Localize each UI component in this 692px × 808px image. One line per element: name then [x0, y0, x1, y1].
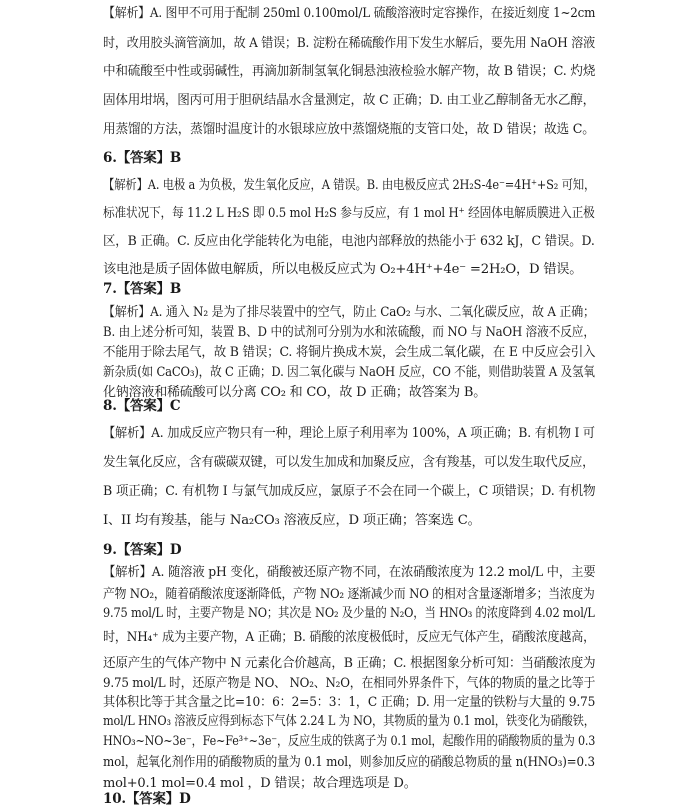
- answer-heading: 8.【答案】C: [103, 397, 595, 415]
- analysis-line: 产物 NO₂，随着硝酸浓度逐渐降低，产物 NO₂ 逐渐减少而 NO 的相对含量逐…: [103, 586, 549, 604]
- analysis-line: 不能用于除去尾气，故 B 错误；C. 将铜片换成木炭，会生成二氧化碳，在 E 中…: [103, 344, 576, 362]
- analysis-line: 时，NH₄⁺ 成为主要产物，A 正确；B. 硝酸的浓度极低时，反应无气体产生，硝…: [103, 629, 561, 647]
- analysis-line: B 项正确；C. 有机物 I 与氯气加成反应，氯原子不会在同一个碳上，C 项错误…: [103, 483, 571, 501]
- analysis-line: mol，起氧化剂作用的硝酸物质的量为 0.1 mol，则参加反应的硝酸总物质的量…: [103, 754, 554, 772]
- analysis-line: 标准状况下，每 11.2 L H₂S 即 0.5 mol H₂S 参与反应，有 …: [103, 205, 539, 223]
- analysis-line: 固体用坩埚，图丙可用于胆矾结晶水含量测定，故 C 正确；D. 由工业乙醇制备无水…: [103, 92, 572, 110]
- analysis-line: 9.75 mol/L 时，主要产物是 NO；其次是 NO₂ 及少量的 N₂O，当…: [103, 605, 533, 623]
- analysis-line: I、II 均有羧基，能与 Na₂CO₃ 溶液反应，D 项正确；答案选 C。: [103, 512, 595, 530]
- analysis-line: 【解析】A. 随溶液 pH 变化，硝酸被还原产物不同，在浓硝酸浓度为 12.2 …: [103, 564, 571, 582]
- analysis-line: 还原产生的气体产物中 N 元素化合价越高，B 正确；C. 根据图象分析可知：当硝…: [103, 655, 578, 673]
- analysis-line: 用蒸馏的方法，蒸馏时温度计的水银球应放中蒸馏烧瓶的支管口处，故 D 错误；故选 …: [103, 121, 575, 139]
- analysis-line: 区，B 正确。C. 反应由化学能转化为电能，电池内部释放的热能小于 632 kJ…: [103, 233, 568, 251]
- answer-heading: 9.【答案】D: [103, 541, 595, 559]
- analysis-line: 中和硫酸至中性或弱碱性，再滴加新制氢氧化铜悬浊液检验水解产物，故 B 错误；C.…: [103, 63, 573, 81]
- analysis-line: B. 由上述分析可知，装置 B、D 中的试剂可分别为水和浓硫酸，而 NO 与 N…: [103, 324, 547, 342]
- answer-heading: 10.【答案】D: [103, 790, 595, 808]
- analysis-line: 新杂质(如 CaCO₃)，故 C 正确；D. 因二氧化碳与 NaOH 反应，CO…: [103, 364, 541, 382]
- analysis-line: 【解析】A. 通入 N₂ 是为了排尽装置中的空气，防止 CaO₂ 与水、二氧化碳…: [103, 304, 556, 322]
- analysis-line: 时，改用胶头滴管滴加，故 A 错误；B. 淀粉在稀硫酸作用下发生水解后，要先用 …: [103, 35, 553, 53]
- analysis-line: 9.75 mol/L 时，还原产物是 NO、 NO₂、N₂O，在相同外界条件下，…: [103, 675, 552, 693]
- analysis-line: 发生氧化反应，含有碳碳双键，可以发生加成和加聚反应，含有羧基，可以发生取代反应，: [103, 454, 568, 472]
- analysis-line: 【解析】A. 电极 a 为负极，发生氧化反应，A 错误。B. 由电极反应式 2H…: [103, 177, 527, 195]
- answer-heading: 6.【答案】B: [103, 149, 595, 167]
- answer-heading: 7.【答案】B: [103, 280, 595, 298]
- analysis-line: 【解析】A. 加成反应产物只有一种，理论上原子利用率为 100%，A 项正确；B…: [103, 425, 559, 443]
- analysis-line: HNO₃~NO~3e⁻，Fe~Fe³⁺~3e⁻，反应生成的铁离子为 0.1 mo…: [103, 733, 526, 751]
- analysis-line: 该电池是质子固体做电解质，所以电极反应式为 O₂+4H⁺+4e⁻ =2H₂O，D…: [103, 261, 595, 279]
- analysis-line: 【解析】A. 图甲不可用于配制 250ml 0.100mol/L 硫酸溶液时定容…: [103, 5, 547, 23]
- analysis-line: mol/L HNO₃ 溶液反应得到标态下气体 2.24 L 为 NO，其物质的量…: [103, 713, 531, 731]
- analysis-line: 其体积比等于其含量之比=10：6：2=5：3：1，C 正确；D. 用一定量的铁粉…: [103, 694, 564, 712]
